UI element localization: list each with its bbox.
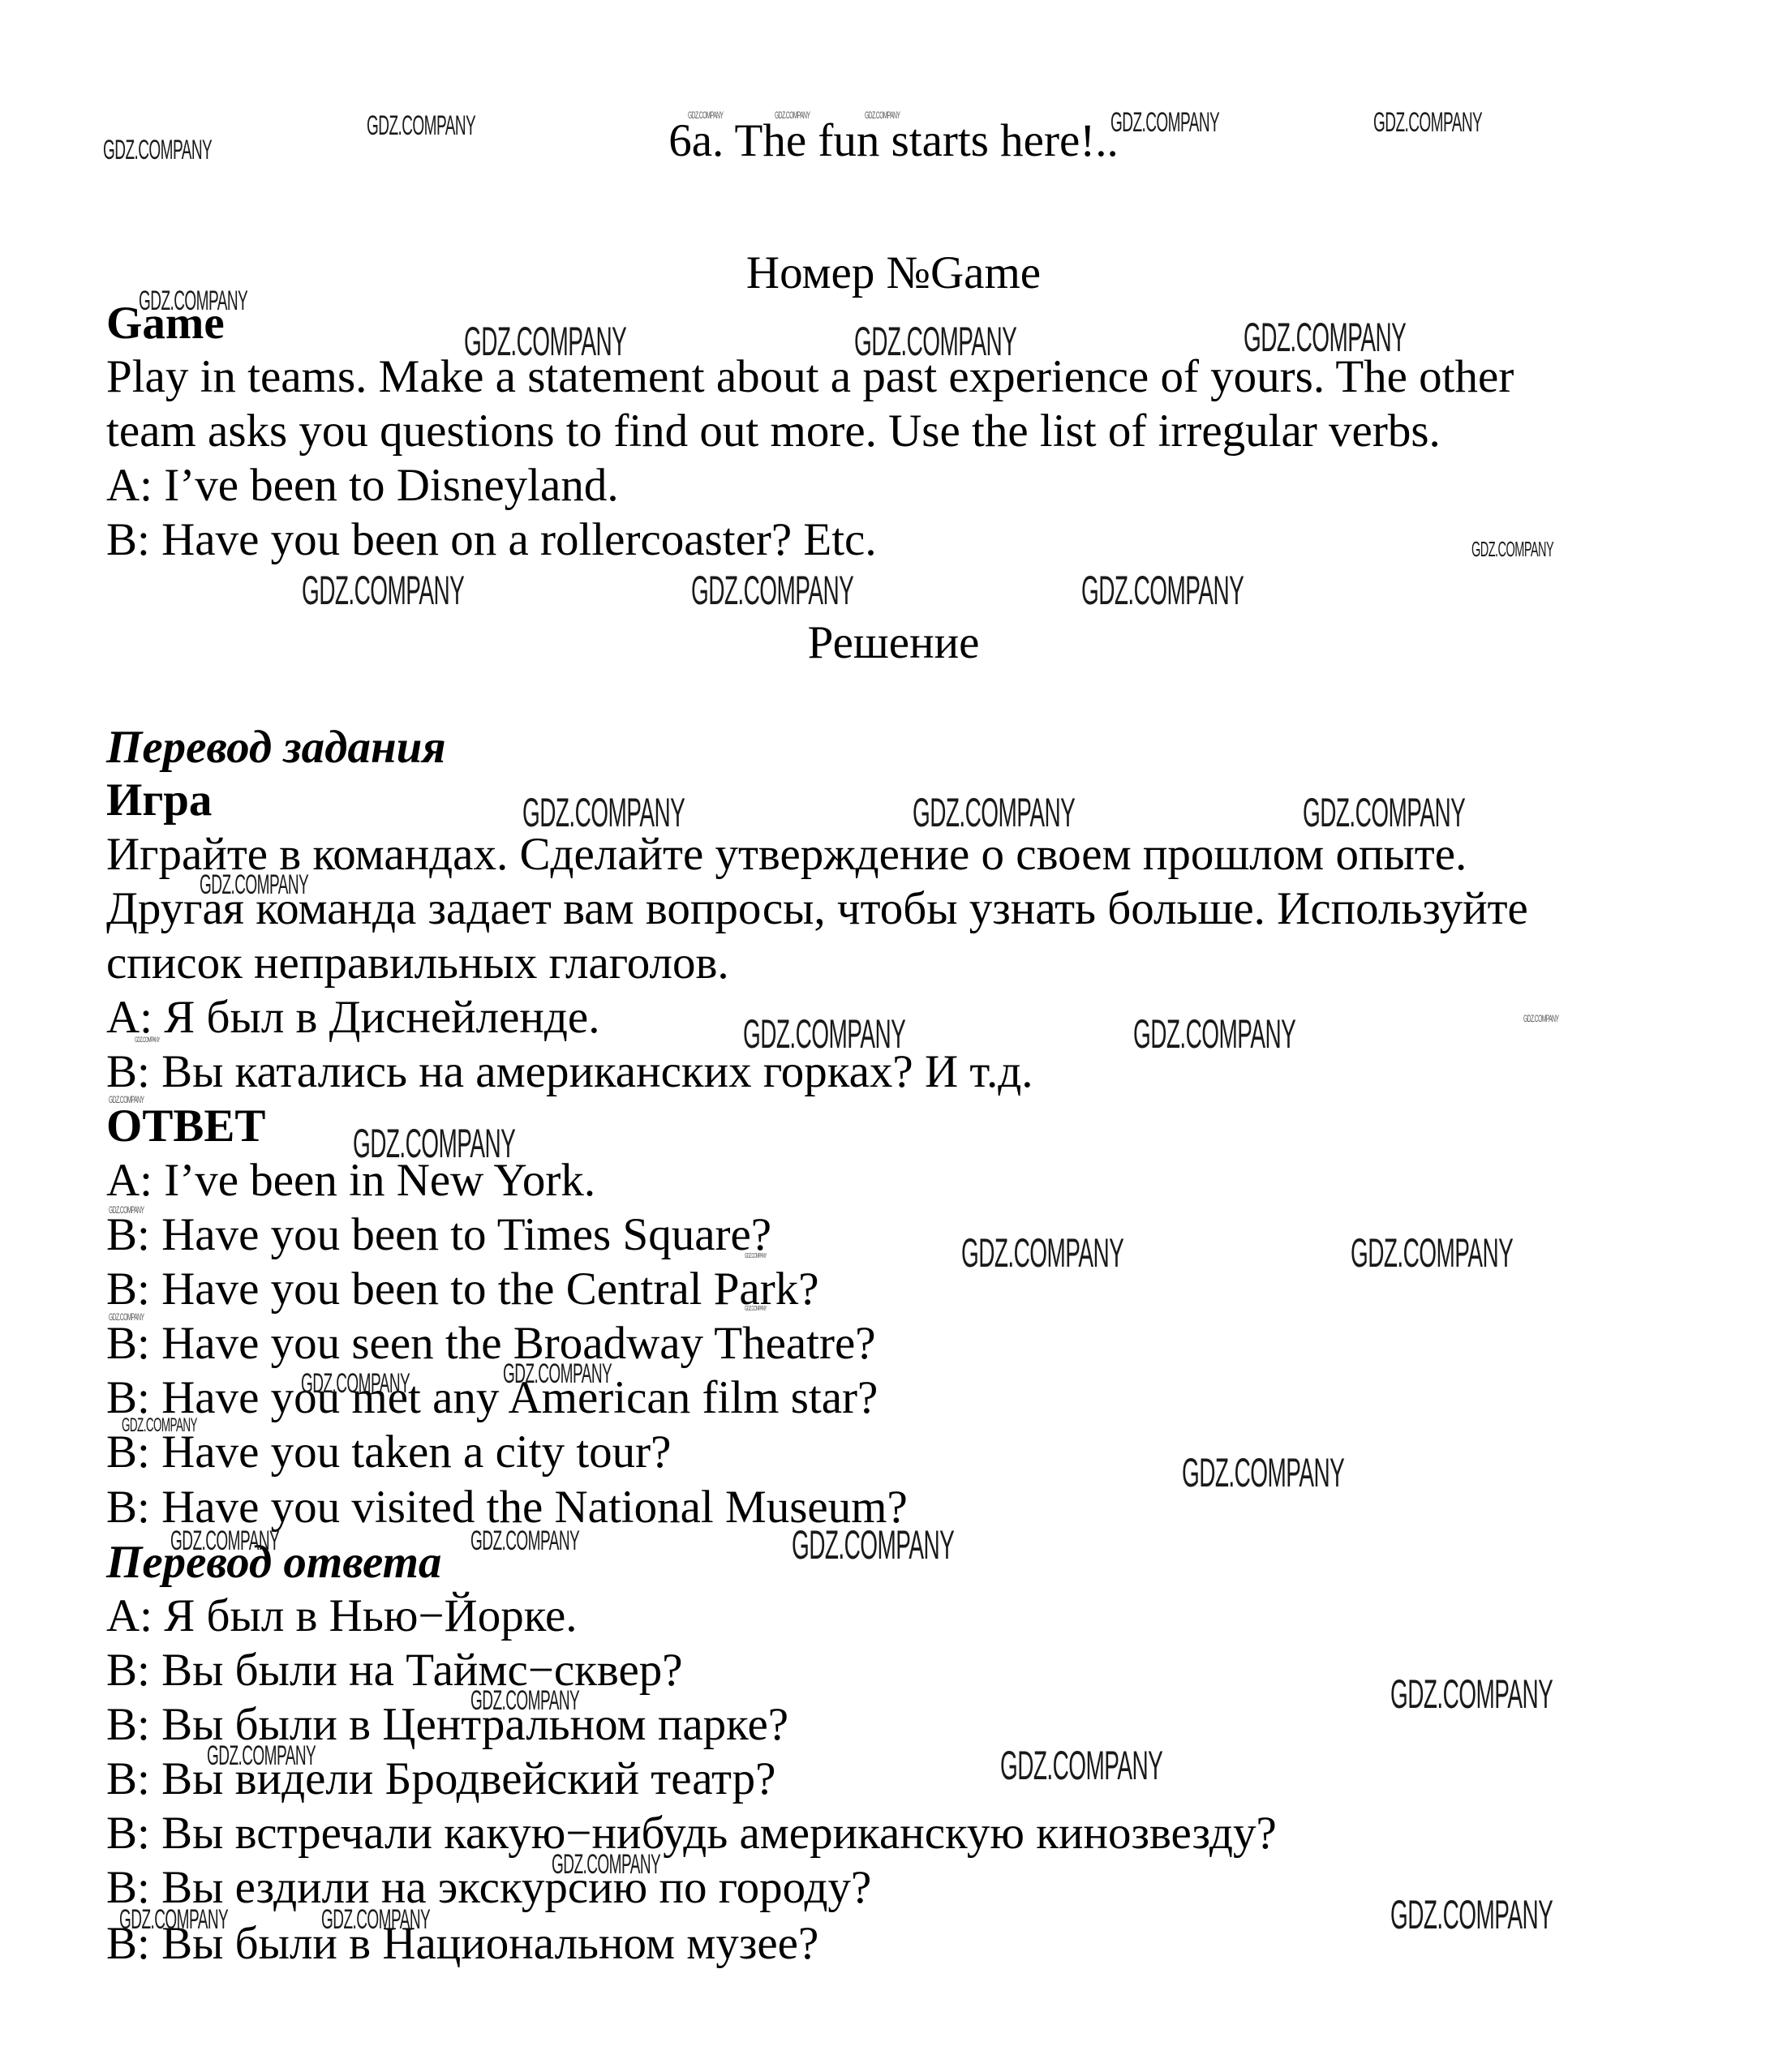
watermark: GDZ.COMPANY <box>207 1742 316 1770</box>
watermark: GDZ.COMPANY <box>301 1370 410 1397</box>
watermark: GDZ.COMPANY <box>503 1360 612 1388</box>
exercise-number: Номер №Game <box>0 246 1787 300</box>
watermark: GDZ.COMPANY <box>1000 1745 1162 1786</box>
watermark: GDZ.COMPANY <box>1110 109 1219 136</box>
watermark: GDZ.COMPANY <box>1523 1014 1558 1023</box>
answer-line: B: Have you seen the Broadway Theatre? <box>106 1316 876 1371</box>
watermark: GDZ.COMPANY <box>1303 792 1465 833</box>
watermark: GDZ.COMPANY <box>552 1851 660 1878</box>
answer-line: B: Have you been to the Central Park? <box>106 1262 819 1316</box>
watermark: GDZ.COMPANY <box>1133 1014 1295 1054</box>
answer-translation-line: A: Я был в Нью−Йорке. <box>106 1589 578 1643</box>
watermark: GDZ.COMPANY <box>522 792 685 833</box>
watermark: GDZ.COMPANY <box>743 1014 905 1054</box>
watermark: GDZ.COMPANY <box>353 1123 515 1164</box>
watermark: GDZ.COMPANY <box>688 110 723 120</box>
watermark: GDZ.COMPANY <box>1244 317 1406 358</box>
page-title: 6a. The fun starts here!.. <box>0 114 1787 168</box>
task-line: B: Have you been on a rollercoaster? Etc… <box>106 513 877 567</box>
task-translation-heading: Перевод задания <box>106 720 446 774</box>
answer-translation-line: B: Вы встречали какую−нибудь американску… <box>106 1806 1277 1860</box>
answer-translation-line: B: Вы были на Таймс−сквер? <box>106 1643 683 1697</box>
watermark: GDZ.COMPANY <box>302 570 464 611</box>
watermark: GDZ.COMPANY <box>854 321 1016 362</box>
watermark: GDZ.COMPANY <box>103 136 212 164</box>
task-translation-line: Играйте в командах. Сделайте утверждение… <box>106 827 1467 882</box>
answer-line: B: Have you met any American film star? <box>106 1371 878 1425</box>
watermark: GDZ.COMPANY <box>139 287 247 315</box>
watermark: GDZ.COMPANY <box>470 1527 579 1555</box>
watermark: GDZ.COMPANY <box>775 110 810 120</box>
watermark: GDZ.COMPANY <box>1390 1674 1553 1714</box>
answer-line: B: Have you been to Times Square? <box>106 1208 771 1262</box>
watermark: GDZ.COMPANY <box>109 1095 144 1105</box>
task-translation-line: A: Я был в Диснейленде. <box>106 990 599 1045</box>
watermark: GDZ.COMPANY <box>792 1525 954 1565</box>
watermark: GDZ.COMPANY <box>1351 1233 1513 1273</box>
watermark: GDZ.COMPANY <box>1081 570 1244 611</box>
answer-line: A: I’ve been in New York. <box>106 1153 595 1208</box>
watermark: GDZ.COMPANY <box>1373 109 1482 136</box>
watermark: GDZ.COMPANY <box>109 1312 144 1322</box>
watermark: GDZ.COMPANY <box>464 321 626 362</box>
watermark: GDZ.COMPANY <box>1182 1452 1344 1493</box>
watermark: GDZ.COMPANY <box>321 1906 430 1933</box>
watermark: GDZ.COMPANY <box>170 1527 279 1555</box>
watermark: GDZ.COMPANY <box>865 110 900 120</box>
watermark: GDZ.COMPANY <box>913 792 1075 833</box>
watermark: GDZ.COMPANY <box>200 871 308 899</box>
watermark: GDZ.COMPANY <box>470 1687 579 1714</box>
task-line: team asks you questions to find out more… <box>106 404 1441 458</box>
task-translation-subheading: Игра <box>106 773 212 827</box>
watermark: GDZ.COMPANY <box>1390 1894 1553 1935</box>
task-translation-line: Другая команда задает вам вопросы, чтобы… <box>106 882 1528 936</box>
answer-heading: ОТВЕТ <box>106 1099 265 1153</box>
watermark: GDZ.COMPANY <box>961 1233 1123 1273</box>
task-line: A: I’ve been to Disneyland. <box>106 458 619 513</box>
watermark: GDZ.COMPANY <box>691 570 853 611</box>
watermark: GDZ.COMPANY <box>109 1205 144 1215</box>
task-translation-line: список неправильных глаголов. <box>106 936 729 990</box>
watermark: GDZ.COMPANY <box>122 1416 197 1435</box>
watermark: GDZ.COMPANY <box>1471 538 1553 560</box>
watermark: GDZ.COMPANY <box>135 1036 160 1044</box>
solution-label: Решение <box>0 616 1787 670</box>
watermark: GDZ.COMPANY <box>119 1906 228 1933</box>
watermark: GDZ.COMPANY <box>745 1306 767 1312</box>
watermark: GDZ.COMPANY <box>367 112 475 139</box>
watermark: GDZ.COMPANY <box>745 1253 767 1259</box>
